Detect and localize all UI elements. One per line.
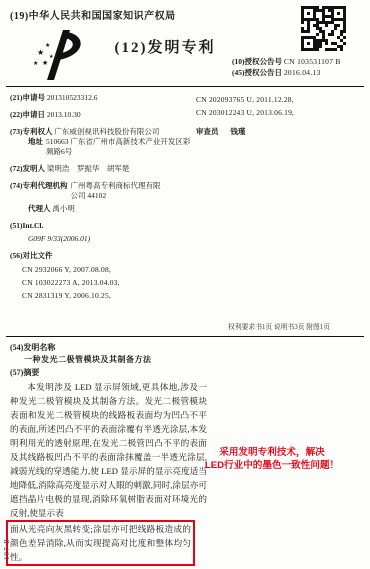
pages-info: 权利要求书1页 说明书3页 附图1页: [228, 321, 330, 331]
patentee-address-line: 地址 510663 广东省广州市高新技术产业开发区彩频路6号: [28, 137, 196, 157]
annotation-line-1: 采用发明专利技术，解决: [190, 446, 354, 459]
examiner-label: 审查员: [196, 127, 219, 136]
application-number-label: (21)申请号: [10, 93, 45, 102]
examiner-name: 钱瑾: [230, 127, 245, 136]
abstract-highlighted-text: 面从光亮向灰黑转变;涂层亦可把线路板造成的颜色差异消除,从而实现提高对比度和整体…: [10, 524, 191, 562]
agent-name: 禹小明: [52, 204, 75, 213]
header-divider: [6, 86, 364, 87]
agent-line: 代理人 禹小明: [28, 204, 196, 214]
patentee-label: (73)专利权人: [10, 127, 53, 136]
reference-item: CN 103022273 A, 2013.04.03,: [22, 278, 196, 288]
inventors-row: (72)发明人 梁明浩 罗振华 胡军楚: [10, 164, 196, 174]
patentee-row: (73)专利权人 广东威创视讯科技股份有限公司 地址 510663 广东省广州市…: [10, 127, 196, 157]
application-number-row: (21)申请号 201310523312.6: [10, 93, 196, 103]
agency-label: (74)专利代理机构: [10, 181, 68, 201]
biblio-divider: [6, 336, 364, 337]
references-label: (56)对比文件: [10, 251, 196, 261]
reference-item: CN 202093765 U, 2011.12.28,: [196, 95, 364, 105]
publication-date-label: (45)授权公告日: [232, 68, 282, 77]
document-type-title: (12)发明专利: [0, 36, 330, 57]
publication-info: (10)授权公告号 CN 103531107 B (45)授权公告日 2016.…: [232, 56, 341, 78]
svg-text:★: ★: [33, 60, 38, 67]
publication-number-row: (10)授权公告号 CN 103531107 B: [232, 56, 341, 67]
bibliographic-left-column: (21)申请号 201310523312.6 (22)申请日 2013.10.3…: [10, 93, 196, 308]
abstract-body: 本发明涉及 LED 显示屏领域,更具体地,涉及一种发光二极管模块及其制备方法。发…: [10, 380, 207, 520]
margin-publication-number: 107 B: [3, 520, 11, 560]
application-date: 2013.10.30: [47, 110, 81, 119]
patent-office-name: (19)中华人民共和国国家知识产权局: [10, 7, 176, 22]
references-row: (56)对比文件 CN 2932066 Y, 2007.08.08, CN 10…: [10, 251, 196, 301]
application-number: 201310523312.6: [47, 93, 98, 102]
patent-document-page: (19)中华人民共和国国家知识产权局 ★ ★ ★ ★ ★ (12)发明专利 (1…: [0, 0, 370, 569]
publication-date: 2016.04.13: [284, 68, 321, 77]
reference-item: CN 2932066 Y, 2007.08.08,: [22, 265, 196, 275]
abstract-label: (57)摘要: [10, 367, 39, 378]
application-date-row: (22)申请日 2013.10.30: [10, 110, 196, 120]
agent-label: 代理人: [28, 204, 51, 213]
annotation-line-2: LED行业中的墨色一致性问题！: [190, 459, 354, 472]
invention-title: 一种发光二极管模块及其制备方法: [24, 354, 152, 365]
invention-title-label: (54)发明名称: [10, 342, 55, 353]
svg-text:★: ★: [42, 59, 48, 67]
publication-number: CN 103531107 B: [284, 57, 341, 66]
inventors-names: 梁明浩 罗振华 胡军楚: [47, 164, 130, 173]
inventors-label: (72)发明人: [10, 164, 45, 173]
highlight-box: 面从光亮向灰黑转变;涂层亦可把线路板造成的颜色差异消除,从而实现提高对比度和整体…: [6, 520, 195, 566]
int-cl-row: (51)Int.Cl. G09F 9/33(2006.01): [10, 221, 196, 244]
agency-line: (74)专利代理机构 广州粤高专利商标代理有限公司 44102: [10, 181, 196, 201]
abstract-text: 本发明涉及 LED 显示屏领域,更具体地,涉及一种发光二极管模块及其制备方法。发…: [10, 380, 207, 566]
patentee-name: 广东威创视讯科技股份有限公司: [54, 127, 159, 136]
agency-name: 广州粤高专利商标代理有限公司 44102: [71, 181, 163, 201]
int-cl-value: G09F 9/33(2006.01): [28, 234, 196, 244]
patentee-line: (73)专利权人 广东威创视讯科技股份有限公司: [10, 127, 196, 137]
reference-item: CN 2831319 Y, 2006.10.25,: [22, 291, 196, 301]
examiner-row: 审查员 钱瑾: [196, 127, 364, 137]
int-cl-label: (51)Int.Cl.: [10, 221, 196, 231]
publication-number-label: (10)授权公告号: [232, 57, 282, 66]
address-label: 地址: [28, 137, 43, 157]
address-value: 510663 广东省广州市高新技术产业开发区彩频路6号: [46, 137, 196, 157]
publication-date-row: (45)授权公告日 2016.04.13: [232, 67, 341, 78]
reference-item: CN 203012243 U, 2013.06.19,: [196, 108, 364, 118]
bibliographic-right-column: CN 202093765 U, 2011.12.28, CN 203012243…: [196, 95, 364, 137]
red-annotation: 采用发明专利技术，解决 LED行业中的墨色一致性问题！: [190, 446, 354, 472]
agency-row: (74)专利代理机构 广州粤高专利商标代理有限公司 44102 代理人 禹小明: [10, 181, 196, 214]
application-date-label: (22)申请日: [10, 110, 45, 119]
